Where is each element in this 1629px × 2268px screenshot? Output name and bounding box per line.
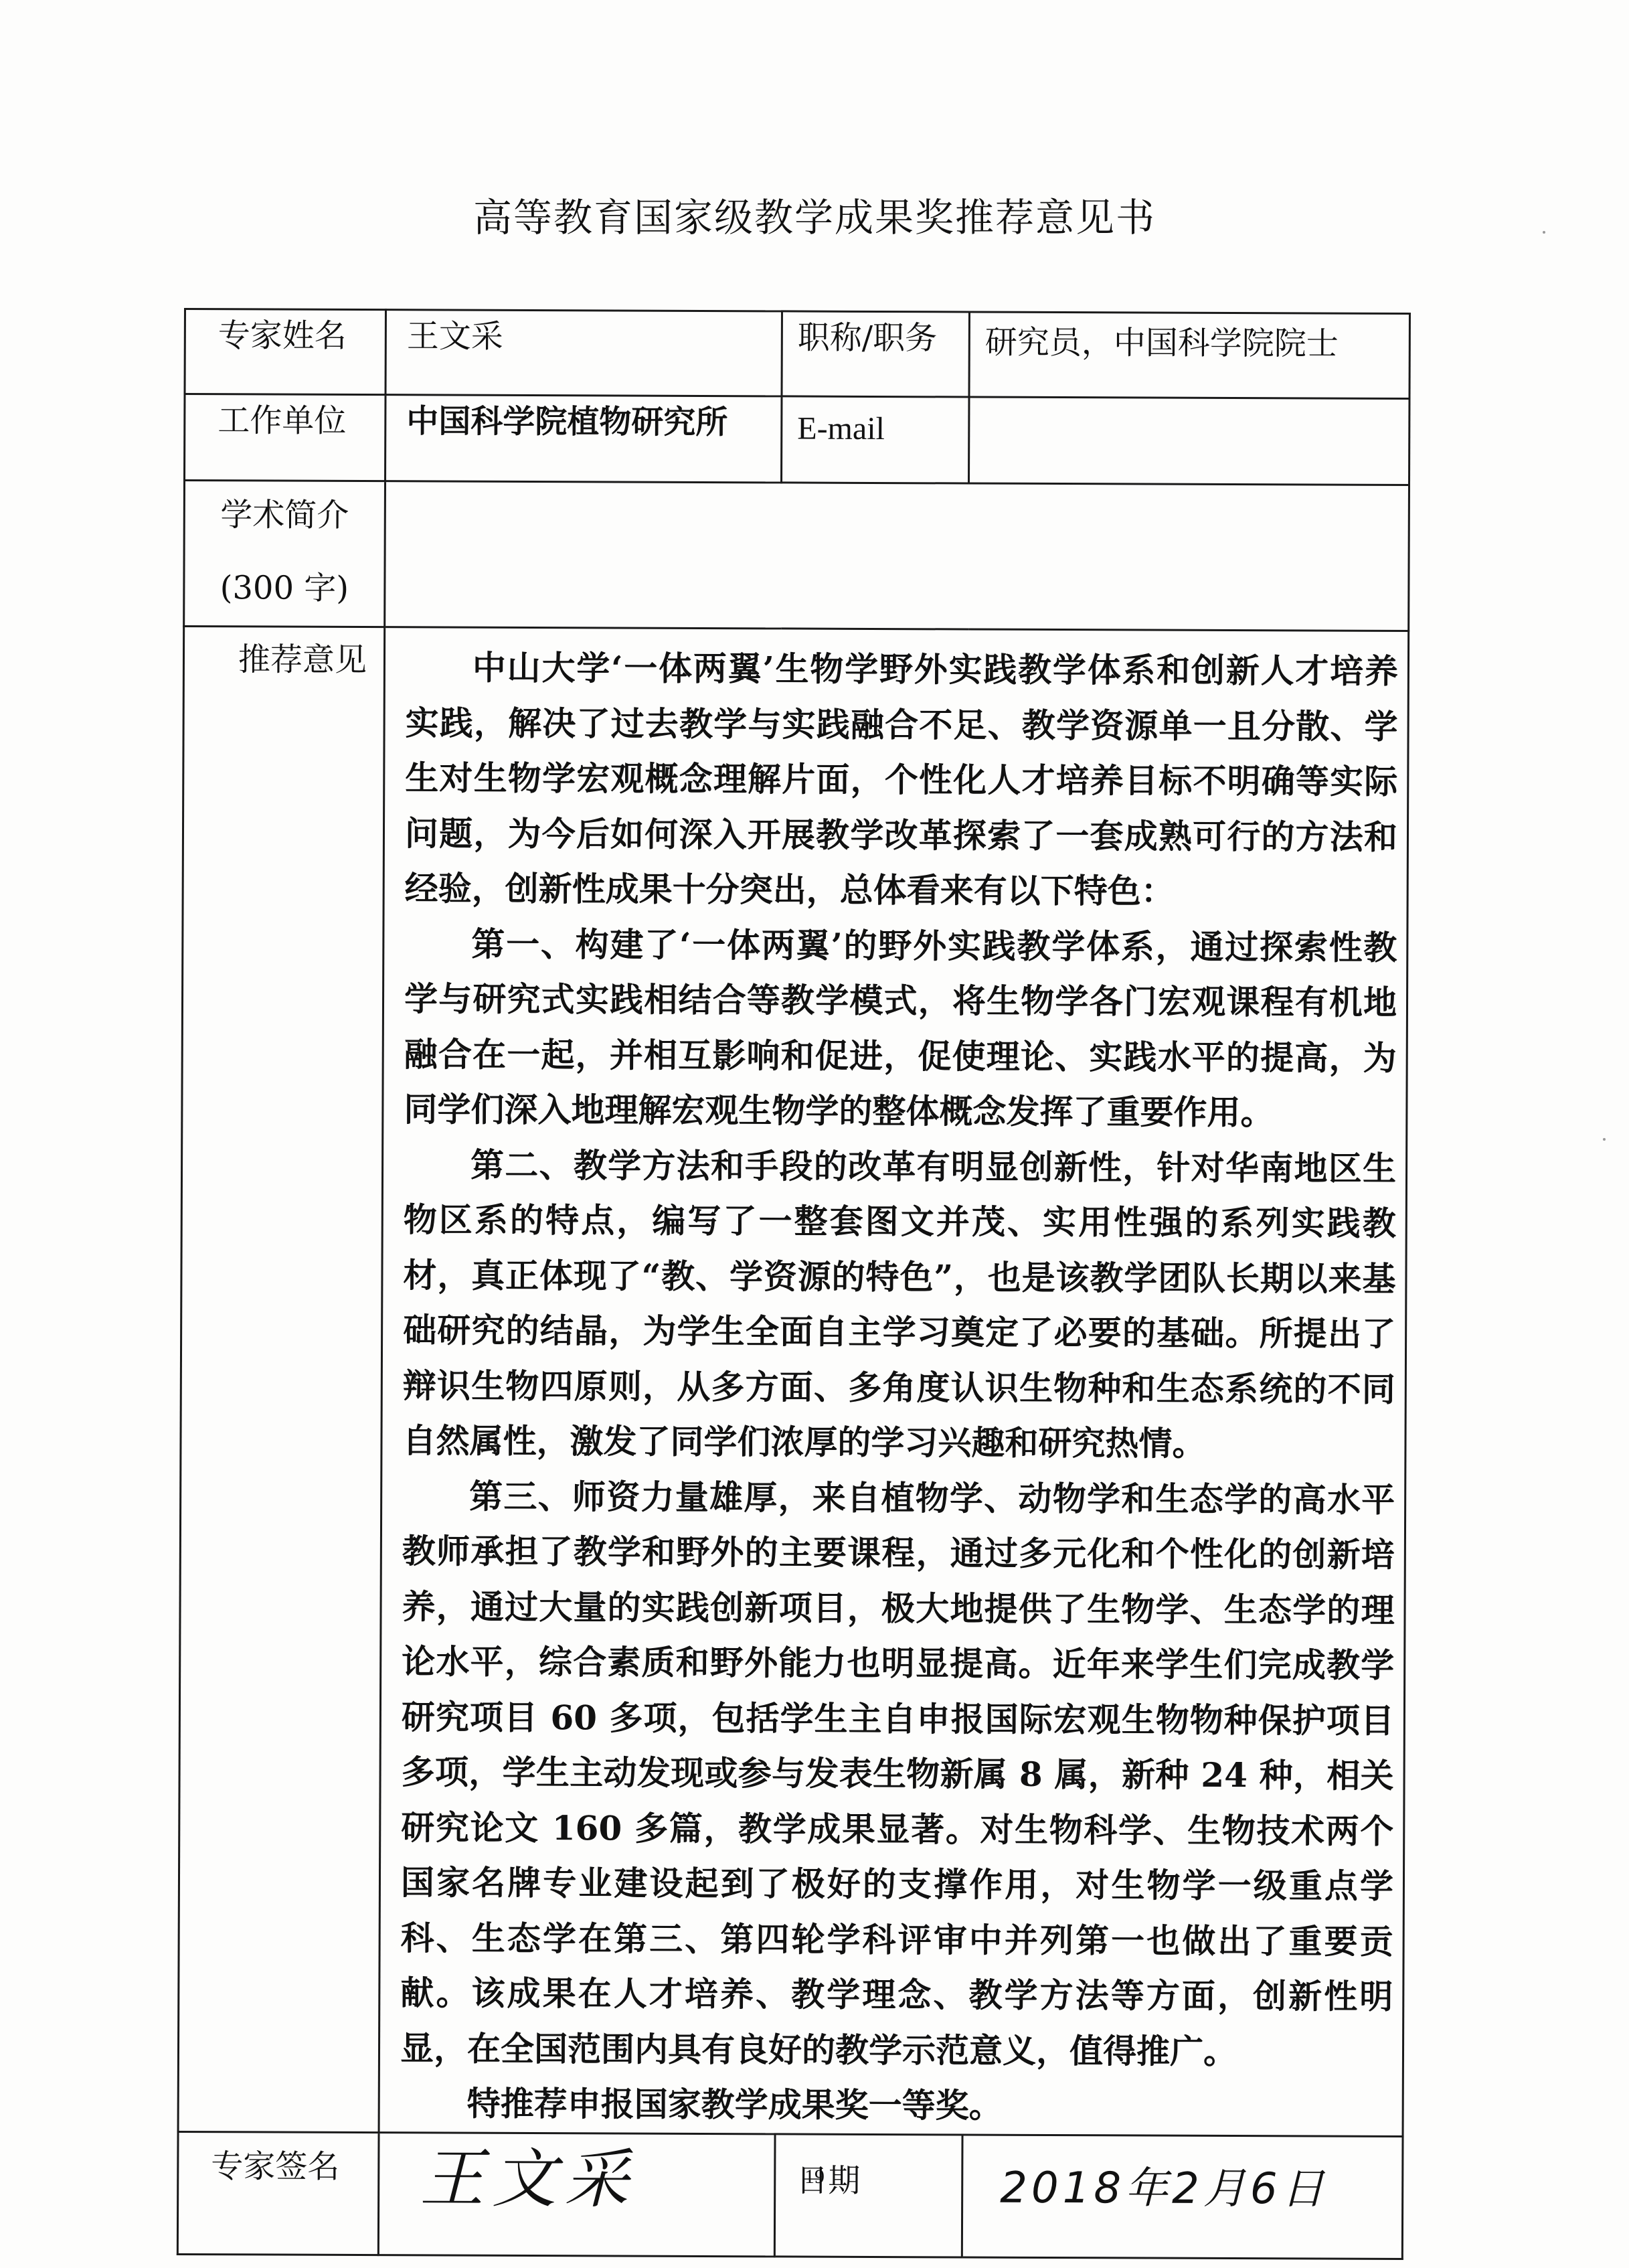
document-title: 高等教育国家级教学成果奖推荐意见书	[0, 186, 1629, 242]
scan-speck	[1543, 231, 1545, 234]
expert-name-label: 专家姓名	[185, 309, 385, 395]
email-label: E-mail	[782, 396, 969, 483]
recommendation-closing: 特推荐申报国家教学成果奖一等奖。	[400, 2076, 1393, 2135]
row-expert-name: 专家姓名 王文采 职称/职务 研究员，中国科学院院士	[185, 309, 1409, 399]
recommendation-paragraph-third: 第三、师资力量雄厚，来自植物学、动物学和生态学的高水平教师承担了教学和野外的主要…	[400, 1469, 1395, 2080]
row-signature: 专家签名 王文采 日期 2018年2月6日	[177, 2131, 1403, 2259]
signature-label: 专家签名	[177, 2131, 379, 2255]
work-unit-value: 中国科学院植物研究所	[385, 395, 782, 483]
date-label: 日期	[774, 2133, 962, 2257]
academic-intro-label: 学术简介	[185, 488, 384, 552]
recommendation-form-table: 专家姓名 王文采 职称/职务 研究员，中国科学院院士 工作单位 中国科学院植物研…	[177, 308, 1411, 2260]
title-position-label: 职称/职务	[782, 311, 969, 397]
expert-name-value: 王文采	[385, 310, 782, 396]
handwritten-date: 2018年2月6日	[962, 2134, 1403, 2259]
recommendation-paragraph-intro: 中山大学‘一体两翼’生物学野外实践教学体系和创新人才培养实践，解决了过去教学与实…	[405, 640, 1399, 920]
page-number: 19	[0, 2166, 1629, 2188]
email-value	[969, 397, 1409, 485]
work-unit-label: 工作单位	[185, 394, 385, 481]
academic-intro-limit: (300 字)	[185, 552, 383, 625]
recommendation-paragraph-second: 第二、教学方法和手段的改革有明显创新性，针对华南地区生物区系的特点，编写了一整套…	[402, 1137, 1396, 1473]
academic-intro-label-cell: 学术简介 (300 字)	[184, 481, 385, 627]
recommendation-paragraph-first: 第一、构建了‘一体两翼’的野外实践教学体系，通过探索性教学与研究式实践相结合等教…	[404, 916, 1397, 1141]
title-position-value: 研究员，中国科学院院士	[969, 312, 1409, 399]
recommendation-body: 中山大学‘一体两翼’生物学野外实践教学体系和创新人才培养实践，解决了过去教学与实…	[379, 627, 1409, 2136]
scan-speck	[1603, 1138, 1606, 1141]
academic-intro-value	[385, 481, 1409, 631]
row-academic-intro: 学术简介 (300 字)	[184, 481, 1409, 631]
handwritten-signature: 王文采	[378, 2132, 775, 2256]
row-work-unit: 工作单位 中国科学院植物研究所 E-mail	[185, 394, 1409, 485]
row-recommendation: 推荐意见 中山大学‘一体两翼’生物学野外实践教学体系和创新人才培养实践，解决了过…	[178, 627, 1409, 2137]
recommendation-label: 推荐意见	[178, 627, 385, 2133]
